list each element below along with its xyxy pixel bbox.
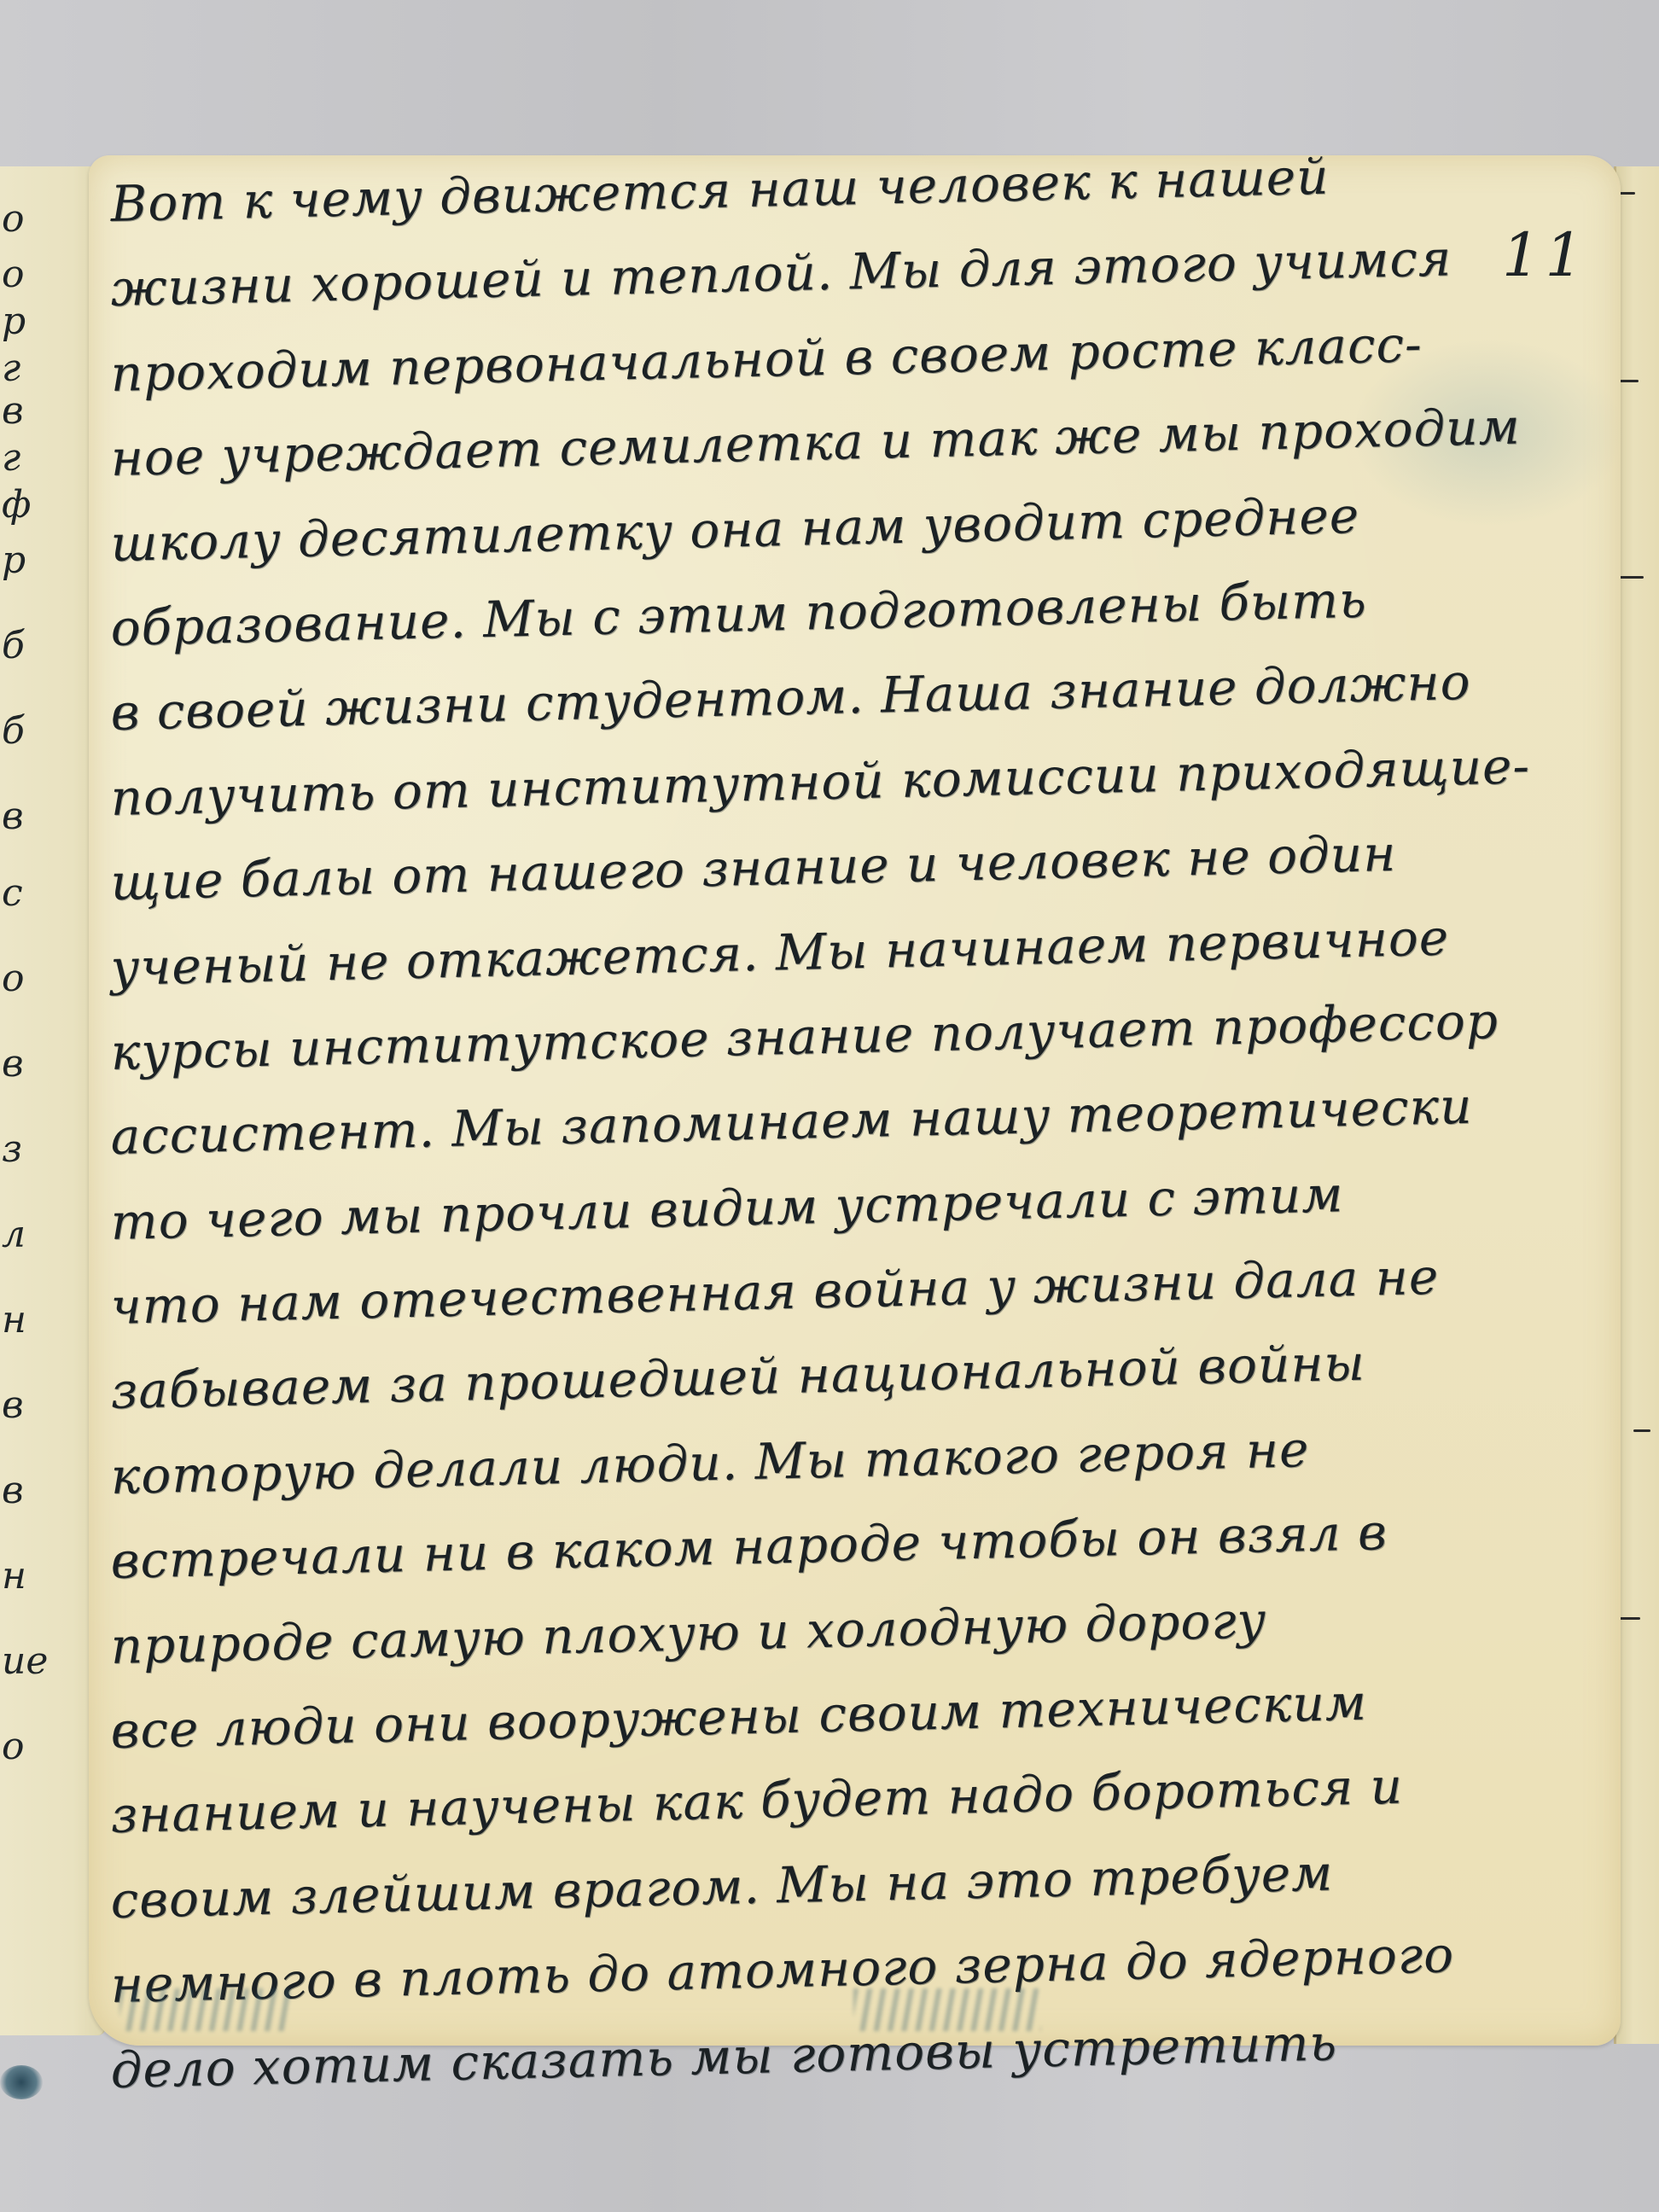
ink-smudge bbox=[853, 1988, 1041, 2031]
margin-glyph: з bbox=[2, 1131, 22, 1168]
margin-tick bbox=[1620, 1617, 1640, 1620]
margin-glyph: в bbox=[2, 1472, 24, 1510]
margin-glyph: в bbox=[2, 1387, 24, 1424]
margin-glyph: г bbox=[2, 439, 20, 477]
ink-blot bbox=[0, 2065, 43, 2099]
handwritten-text: Вот к чему движется наш человек к нашей … bbox=[111, 175, 1519, 2126]
margin-glyph: н bbox=[2, 1557, 26, 1595]
ink-smudge bbox=[119, 1988, 290, 2031]
margin-glyph: н bbox=[2, 1301, 26, 1339]
margin-glyph: г bbox=[2, 350, 20, 387]
margin-glyph: ф bbox=[2, 486, 31, 524]
margin-glyph: в bbox=[2, 798, 24, 835]
margin-glyph: в bbox=[2, 1045, 24, 1083]
margin-glyph: б bbox=[2, 713, 25, 750]
margin-glyph: р bbox=[2, 542, 26, 579]
margin-glyph: о bbox=[2, 256, 25, 294]
margin-glyph: б bbox=[2, 627, 25, 665]
margin-glyph: о bbox=[2, 1728, 25, 1766]
margin-glyph: с bbox=[2, 875, 23, 912]
margin-glyph: л bbox=[2, 1216, 26, 1254]
margin-tick bbox=[1620, 192, 1635, 195]
margin-glyph: ие bbox=[2, 1643, 48, 1680]
margin-tick bbox=[1620, 576, 1644, 579]
margin-glyph: в bbox=[2, 393, 24, 430]
margin-glyph: р bbox=[2, 303, 26, 341]
margin-tick bbox=[1633, 1429, 1650, 1432]
margin-glyph: о bbox=[2, 960, 25, 998]
margin-glyph: о bbox=[2, 201, 25, 238]
